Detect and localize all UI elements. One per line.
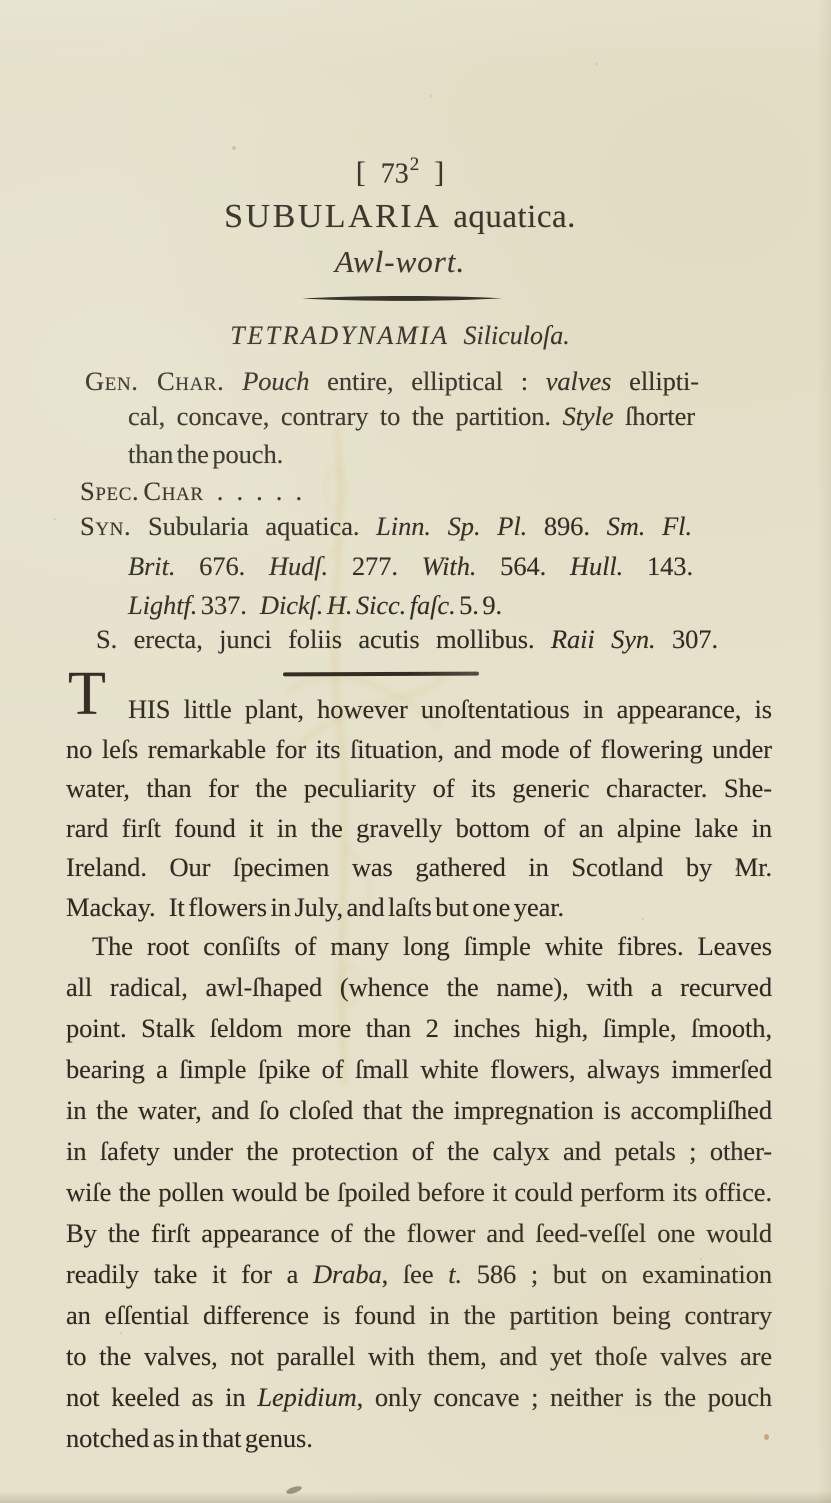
body-line: an eſſential difference is found in the … — [66, 1295, 772, 1336]
paragraph-1: T HIS little plant, however unoſtentatio… — [66, 690, 772, 927]
taxonomy-line: TETRADYNAMIASiliculoſa. — [0, 320, 800, 352]
synonym-line: Lightf. 337. Dickſ. H. Sicc. faſc. 5. 9. — [128, 588, 693, 622]
body-line: readily take it for a Draba, ſee t. 586 … — [66, 1254, 772, 1295]
body-line: to the valves, not parallel with them, a… — [66, 1336, 772, 1377]
body-line: in the water, and ſo cloſed that the imp… — [66, 1090, 772, 1131]
left-bracket: [ — [356, 156, 366, 189]
body-line: Ireland. Our ſpecimen was gathered in Sc… — [66, 848, 772, 888]
body-line: rard firſt found it in the gravelly bott… — [66, 809, 772, 849]
body-line: bearing a ſimple ſpike of ſmall white fl… — [66, 1049, 772, 1090]
body-line: By the firſt appearance of the flower an… — [66, 1213, 772, 1254]
drop-cap-initial: T — [68, 663, 106, 725]
page-number-superscript: 2 — [410, 154, 420, 175]
body-line: no leſs remarkable for its ſituation, an… — [66, 730, 772, 770]
book-page-scan: [732] SUBULARIAaquatica. Awl-wort. TETRA… — [0, 0, 831, 1503]
body-line: HIS little plant, however unoſtentatious… — [66, 690, 772, 730]
genus-name: SUBULARIA — [224, 198, 441, 235]
body-line: The root conſiſts of many long ſimple wh… — [66, 926, 772, 967]
gen-char-line: than the pouch. — [128, 437, 695, 471]
common-name: Awl-wort. — [0, 244, 800, 280]
synonym-line: Brit. 676. Hudſ. 277. With. 564. Hull. 1… — [128, 549, 693, 583]
body-line: notched as in that genus. — [66, 1418, 772, 1459]
synonym-line: Syn. Subularia aquatica. Linn. Sp. Pl. 8… — [80, 509, 692, 543]
gen-char-line: cal, concave, contrary to the partition.… — [128, 399, 695, 433]
gen-char-line: Gen. Char. Pouch entire, elliptical : va… — [85, 364, 699, 398]
species-title: SUBULARIAaquatica. — [0, 198, 800, 236]
page-number-digits: 73 — [381, 158, 409, 189]
body-line: not keeled as in Lepidium, only concave … — [66, 1377, 772, 1418]
foxing-speck — [764, 1434, 769, 1440]
right-bracket: ] — [434, 156, 444, 189]
section-rule — [283, 672, 479, 677]
order-name: Siliculoſa. — [464, 321, 570, 350]
page-number: [732] — [0, 150, 800, 191]
class-name: TETRADYNAMIA — [230, 321, 449, 350]
body-line: water, than for the peculiarity of its g… — [66, 769, 772, 809]
paragraph-2: The root conſiſts of many long ſimple wh… — [66, 926, 772, 1459]
paper-specks — [0, 0, 2, 2]
swelled-rule — [302, 294, 502, 303]
body-line: all radical, awl-ſhaped (whence the name… — [66, 967, 772, 1008]
body-line: point. Stalk ſeldom more than 2 inches h… — [66, 1008, 772, 1049]
body-line: wiſe the pollen would be ſpoiled before … — [66, 1172, 772, 1213]
body-line: Mackay. It flowers in July, and laſts bu… — [66, 888, 772, 928]
species-diagnosis-line: S. erecta, junci foliis acutis mollibus.… — [96, 622, 718, 656]
species-epithet: aquatica. — [453, 199, 576, 235]
body-line: in ſafety under the protection of the ca… — [66, 1131, 772, 1172]
spec-char-line: Spec. Char . . . . . — [80, 474, 700, 508]
ink-smudge — [285, 1485, 302, 1496]
